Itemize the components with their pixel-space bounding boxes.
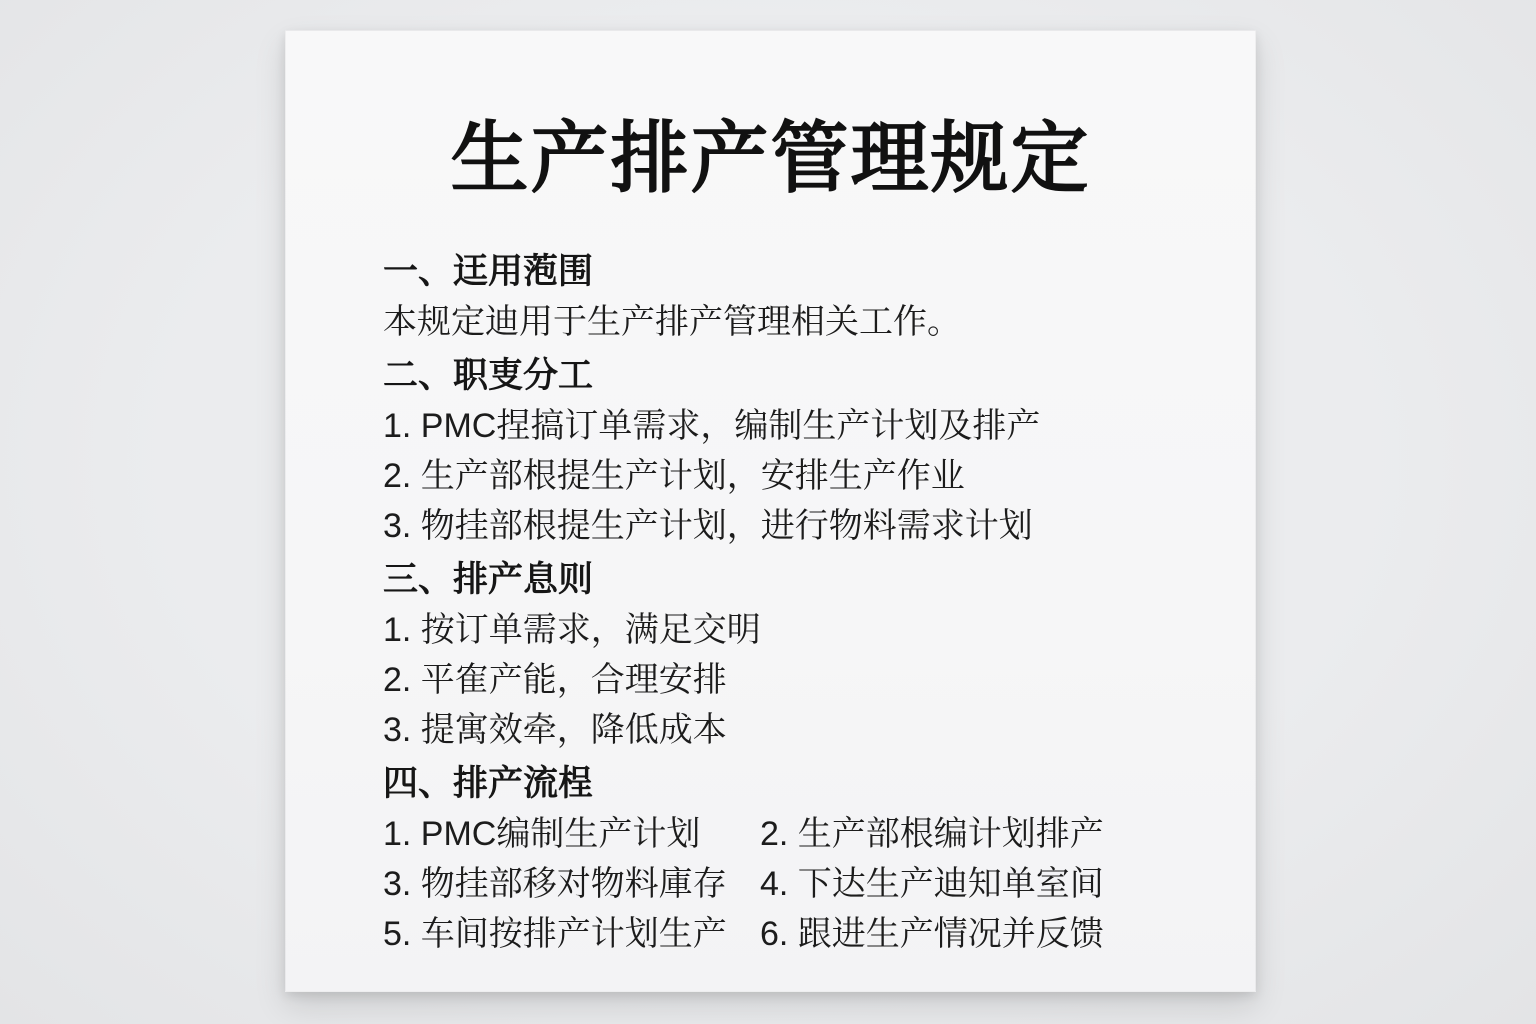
- section-heading-principles: 三、排产息则: [383, 555, 1183, 605]
- flow-item: 2. 生产部根编计划排产: [760, 809, 1183, 859]
- flow-item: 5. 车间按排产计划生产: [383, 909, 760, 959]
- document-title: 生产排产管理规定: [286, 115, 1255, 201]
- list-item: 3. 物挂部根提生产计划，进行物料需求计划: [383, 501, 1183, 551]
- list-item: 2. 生产部根提生产计划，安排生产作业: [383, 451, 1183, 501]
- flow-item: 4. 下达生产迪知单室间: [760, 859, 1183, 909]
- flow-item: 1. PMC编制生产计划: [383, 809, 760, 859]
- list-item: 2. 平隺产能，合理安排: [383, 655, 1183, 705]
- section-body-scope: 本规定迪用于生产排产管理相关工作。: [383, 297, 1183, 347]
- list-item: 3. 提寓效牵，降低成本: [383, 705, 1183, 755]
- section-heading-scope: 一、迋用萢围: [383, 247, 1183, 297]
- section-heading-responsibilities: 二、职叓分工: [383, 351, 1183, 401]
- flow-grid: 1. PMC编制生产计划 2. 生产部根编计划排产 3. 物挂部移对物料庫存 4…: [383, 809, 1183, 959]
- flow-item: 3. 物挂部移对物料庫存: [383, 859, 760, 909]
- document-content: 一、迋用萢围 本规定迪用于生产排产管理相关工作。 二、职叓分工 1. PMC捏搞…: [383, 247, 1183, 959]
- document-card: 生产排产管理规定 一、迋用萢围 本规定迪用于生产排产管理相关工作。 二、职叓分工…: [285, 30, 1256, 992]
- list-item: 1. PMC捏搞订单需求，编制生产计划及排产: [383, 401, 1183, 451]
- flow-item: 6. 跟进生产情况并反馈: [760, 909, 1183, 959]
- list-item: 1. 按订单需求，满足交明: [383, 605, 1183, 655]
- section-heading-process: 四、排产流桯: [383, 759, 1183, 809]
